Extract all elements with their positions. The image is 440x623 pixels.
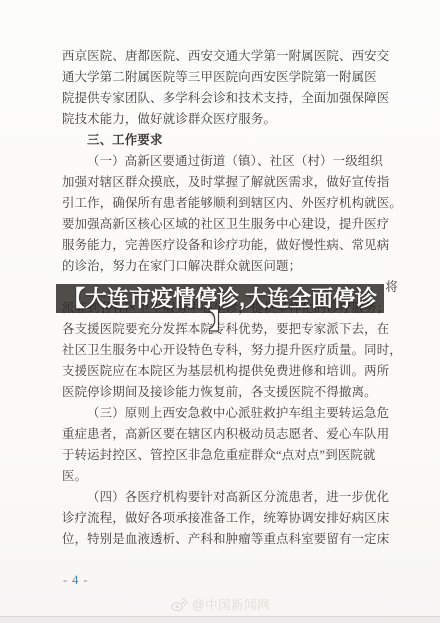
document-line: 西京医院、唐都医院、西安交通大学第一附属医院、西安交: [62, 46, 386, 67]
document-line: （三）原则上西安急救中心派驻救护车组主要转运急危: [62, 403, 386, 424]
weibo-icon: [170, 597, 188, 612]
document-line: 引工作，确保所有患者能够顺利到辖区内、外医疗机构就医。: [62, 193, 386, 214]
watermark-handle: @中国新闻网: [192, 595, 270, 613]
document-line: 医。: [62, 466, 386, 487]
document-line: 诊疗流程，做好各项承接准备工作，统筹协调安排好病区床: [62, 508, 386, 529]
headline-line1: 【大连市疫情停诊,大连全面停诊: [56, 284, 384, 313]
document-line: 社区卫生服务中心开设特色专科，努力提升医疗质量。同时，: [62, 340, 386, 361]
document-line: （四）各医疗机构要针对高新区分流患者，进一步优化: [62, 487, 386, 508]
headline-overlay: 【大连市疫情停诊,大连全面停诊 】: [0, 284, 440, 332]
page-number-value: 4: [68, 573, 83, 587]
document-line: 支援医院应在本院区为基层机构提供免费进修和培训。两所: [62, 361, 386, 382]
watermark: @中国新闻网: [0, 595, 440, 613]
page-number-suffix: -: [83, 573, 88, 587]
photo-bottom-edge: [0, 616, 440, 623]
document-line: 加强对辖区群众摸底，及时掌握了解就医需求，做好宣传指: [62, 172, 386, 193]
document-line: 重症患者，高新区要在辖区内积极动员志愿者、爱心车队用: [62, 424, 386, 445]
page-number: -4-: [63, 573, 89, 588]
document-line: 要加强高新区核心区域的社区卫生服务中心建设，提升医疗: [62, 214, 386, 235]
document-line: 于转运封控区、管控区非急危重症群众“点对点”到医院就: [62, 445, 386, 466]
document-line: 院提供专家团队、多学科会诊和技术支持，全面加强保障医: [62, 88, 386, 109]
document-line: 医院停诊期间及接诊能力恢复前，各支援医院不得撤离。: [62, 382, 386, 403]
document-line: 院技术能力，做好就诊群众医疗服务。: [62, 109, 386, 130]
document-line: 的诊治，努力在家门口解决群众就医问题；: [62, 256, 386, 277]
document-line: 通大学第二附属医院等三甲医院向西安医学院第一附属医: [62, 67, 386, 88]
section-heading: 三、工作要求: [62, 130, 386, 151]
document-line: （一）高新区要通过街道（镇）、社区（村）一级组织: [62, 151, 386, 172]
document-line: 服务能力，完善医疗设备和诊疗功能，做好慢性病、常见病: [62, 235, 386, 256]
document-line: 位，特别是血液透析、产科和肿瘤等重点科室要留有一定床: [62, 529, 386, 550]
headline-line2: 】: [0, 313, 440, 332]
